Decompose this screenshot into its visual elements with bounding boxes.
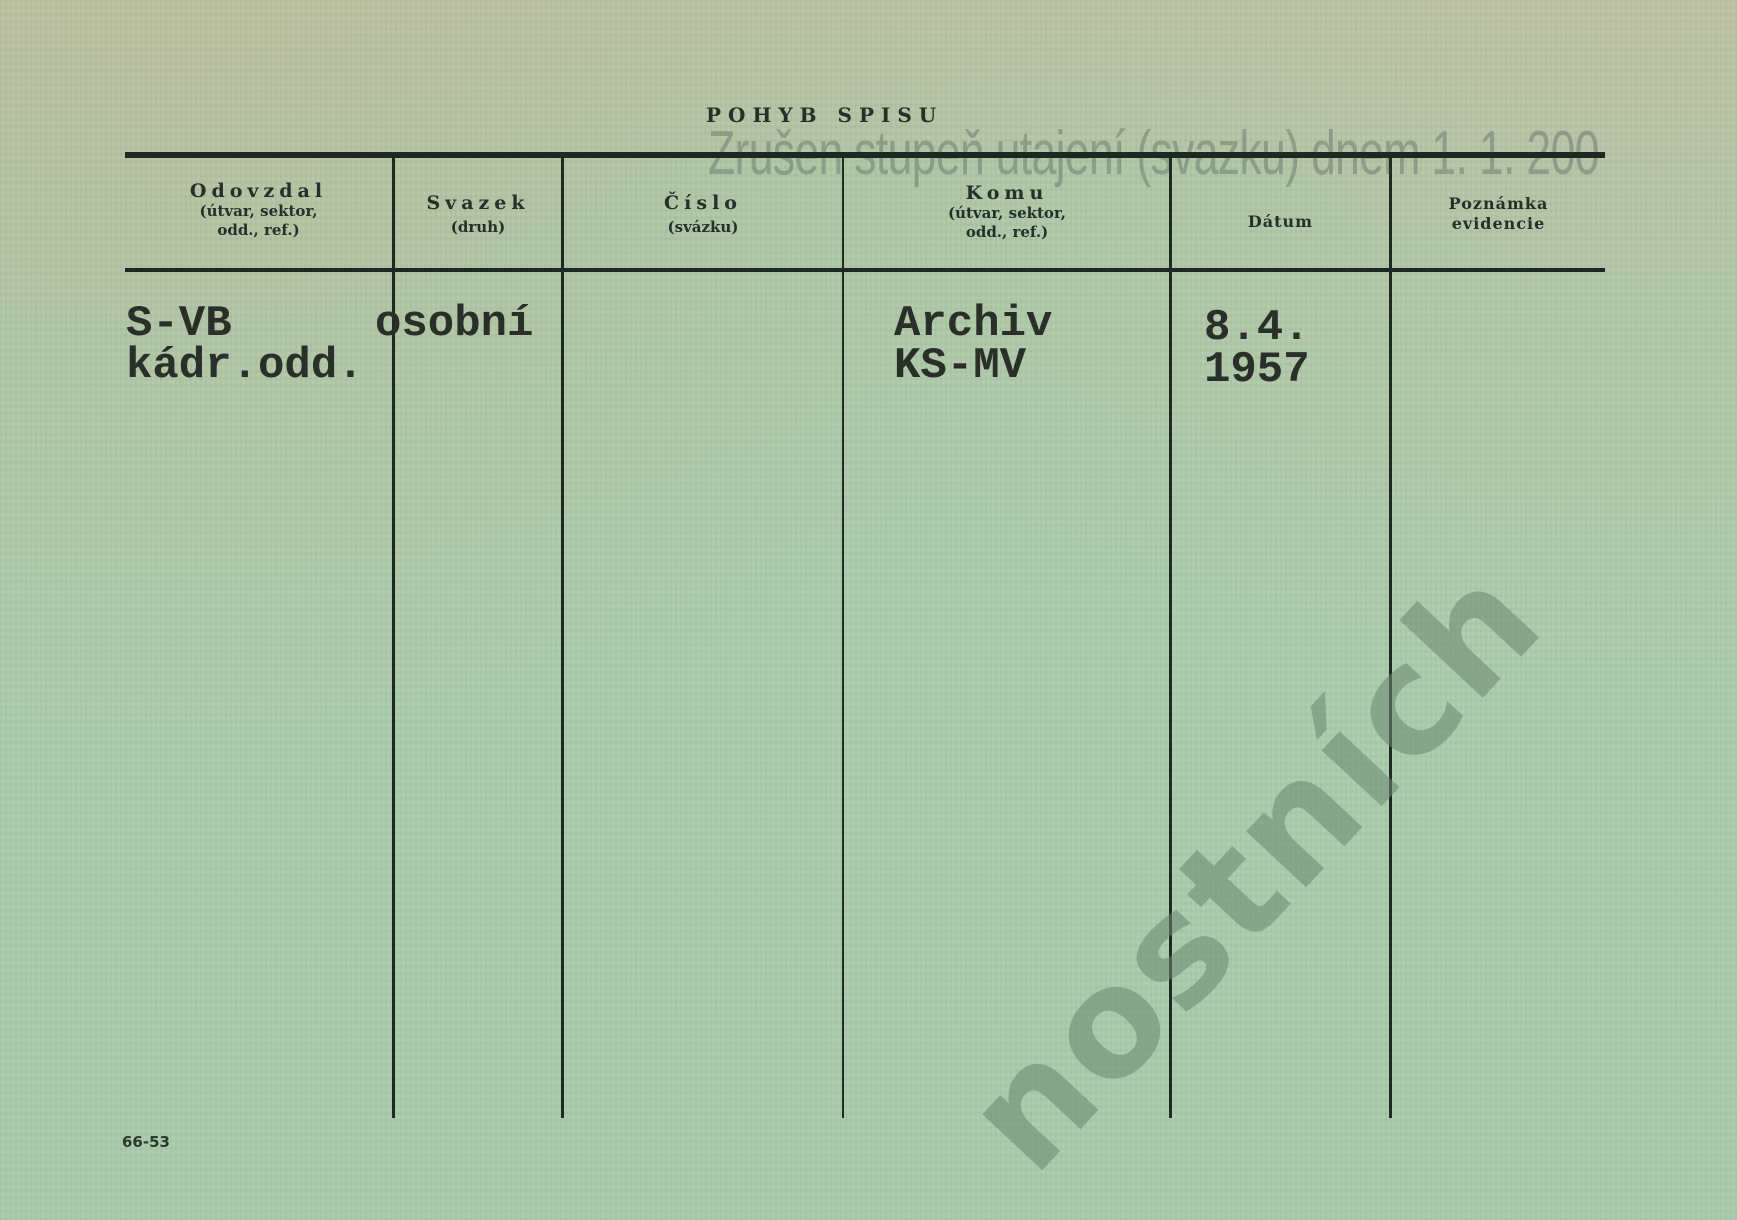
header-title: Poznámka [1392,194,1605,214]
cell-odovzdal-line2: kádr.odd. [126,344,364,388]
column-header-poznamka: Poznámka evidencie [1392,194,1605,234]
header-title: Odovzdal [125,180,392,202]
header-subtitle: (útvar, sektor, [125,202,392,221]
header-top-rule [125,152,1605,158]
column-divider [561,158,564,1118]
header-subtitle: (svázku) [564,218,842,237]
column-header-odovzdal: Odovzdal (útvar, sektor, odd., ref.) [125,180,392,240]
column-header-cislo: Číslo (svázku) [564,192,842,237]
form-number: 66-53 [122,1133,170,1151]
column-divider [842,158,844,1118]
header-title: Číslo [564,192,842,214]
cell-komu-line2: KS-MV [894,344,1026,388]
cell-odovzdal-line1: S-VB [126,302,232,346]
header-title: Svazek [395,192,561,214]
header-subtitle: (druh) [395,218,561,237]
header-bottom-rule [125,268,1605,272]
column-header-datum: Dátum [1172,212,1389,232]
cell-datum-line1: 8.4. [1204,306,1310,350]
header-subtitle: odd., ref.) [125,221,392,240]
diagonal-watermark: nostních [933,532,1576,1204]
header-subtitle: odd., ref.) [845,223,1169,242]
cell-komu-line1: Archiv [894,302,1052,346]
cell-svazek: osobní [375,302,533,346]
header-title: Dátum [1172,212,1389,232]
column-header-svazek: Svazek (druh) [395,192,561,237]
header-subtitle: (útvar, sektor, [845,204,1169,223]
header-title: Komu [845,182,1169,204]
header-subtitle: evidencie [1392,214,1605,234]
cell-datum-line2: 1957 [1204,348,1310,392]
column-header-komu: Komu (útvar, sektor, odd., ref.) [845,182,1169,242]
